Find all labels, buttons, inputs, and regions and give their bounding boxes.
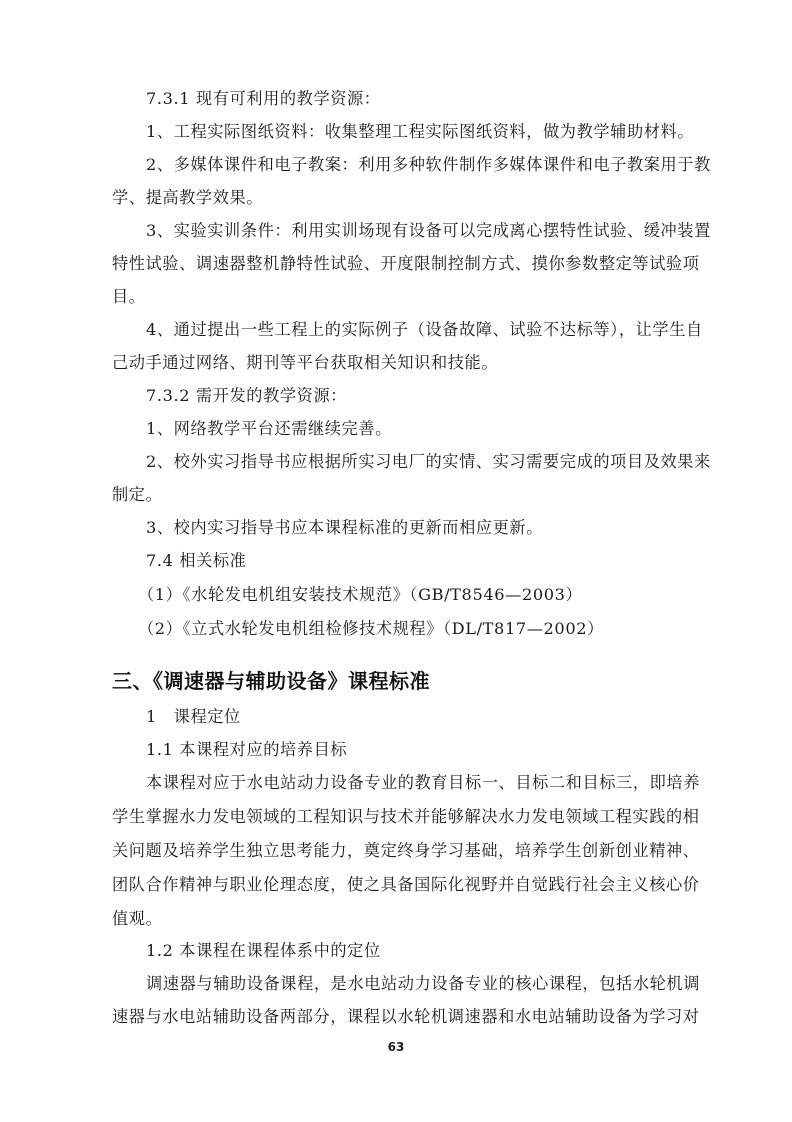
section-1-2-title: 1.2 本课程在课程体系中的定位 (146, 940, 716, 962)
section-7-3-1-title: 7.3.1 现有可利用的教学资源： (146, 88, 716, 110)
chapter-heading: 三、《调速器与辅助设备》课程标准 (112, 668, 430, 694)
section-1-1-title: 1.1 本课程对应的培养目标 (146, 739, 716, 761)
paragraph-line: 学生掌握水力发电领域的工程知识与技术并能够解决水力发电领域工程实践的相 (112, 806, 682, 828)
paragraph-line: 学、提高教学效果。 (112, 187, 682, 209)
paragraph-line: 关问题及培养学生独立思考能力，奠定终身学习基础，培养学生创新创业精神、 (112, 840, 682, 862)
section-7-3-2-title: 7.3.2 需开发的教学资源： (146, 385, 716, 407)
paragraph-line: 制定。 (112, 484, 682, 506)
standard-item: （2）《立式水轮发电机组检修技术规程》（DL/T817—2002） (138, 618, 708, 640)
paragraph-line: 4、通过提出一些工程上的实际例子（设备故障、试验不达标等），让学生自 (146, 319, 716, 341)
standard-item: （1）《水轮发电机组安装技术规范》（GB/T8546—2003） (138, 584, 708, 606)
paragraph-line: 1、网络教学平台还需继续完善。 (146, 418, 716, 440)
section-7-4-title: 7.4 相关标准 (146, 550, 716, 572)
paragraph-line: 目。 (112, 286, 682, 308)
document-page: 7.3.1 现有可利用的教学资源： 1、工程实际图纸资料：收集整理工程实际图纸资… (0, 0, 792, 1122)
paragraph-line: 值观。 (112, 908, 682, 930)
paragraph-line: 调速器与辅助设备课程，是水电站动力设备专业的核心课程，包括水轮机调 (146, 973, 716, 995)
paragraph-line: 团队合作精神与职业伦理态度，使之具备国际化视野并自觉践行社会主义核心价 (112, 874, 682, 896)
paragraph-line: 速器与水电站辅助设备两部分，课程以水轮机调速器和水电站辅助设备为学习对 (112, 1006, 682, 1028)
paragraph-line: 2、多媒体课件和电子教案：利用多种软件制作多媒体课件和电子教案用于教 (146, 154, 716, 176)
page-number: 63 (0, 1040, 792, 1054)
section-1-title: 1 课程定位 (146, 706, 716, 728)
paragraph-line: 己动手通过网络、期刊等平台获取相关知识和技能。 (112, 352, 682, 374)
paragraph-line: 3、实验实训条件：利用实训场现有设备可以完成离心摆特性试验、缓冲装置 (146, 220, 716, 242)
paragraph-line: 本课程对应于水电站动力设备专业的教育目标一、目标二和目标三，即培养 (146, 772, 716, 794)
paragraph-line: 1、工程实际图纸资料：收集整理工程实际图纸资料，做为教学辅助材料。 (146, 121, 716, 143)
paragraph-line: 2、校外实习指导书应根据所实习电厂的实情、实习需要完成的项目及效果来 (146, 451, 716, 473)
paragraph-line: 3、校内实习指导书应本课程标准的更新而相应更新。 (146, 517, 716, 539)
paragraph-line: 特性试验、调速器整机静特性试验、开度限制控制方式、摸你参数整定等试验项 (112, 253, 682, 275)
